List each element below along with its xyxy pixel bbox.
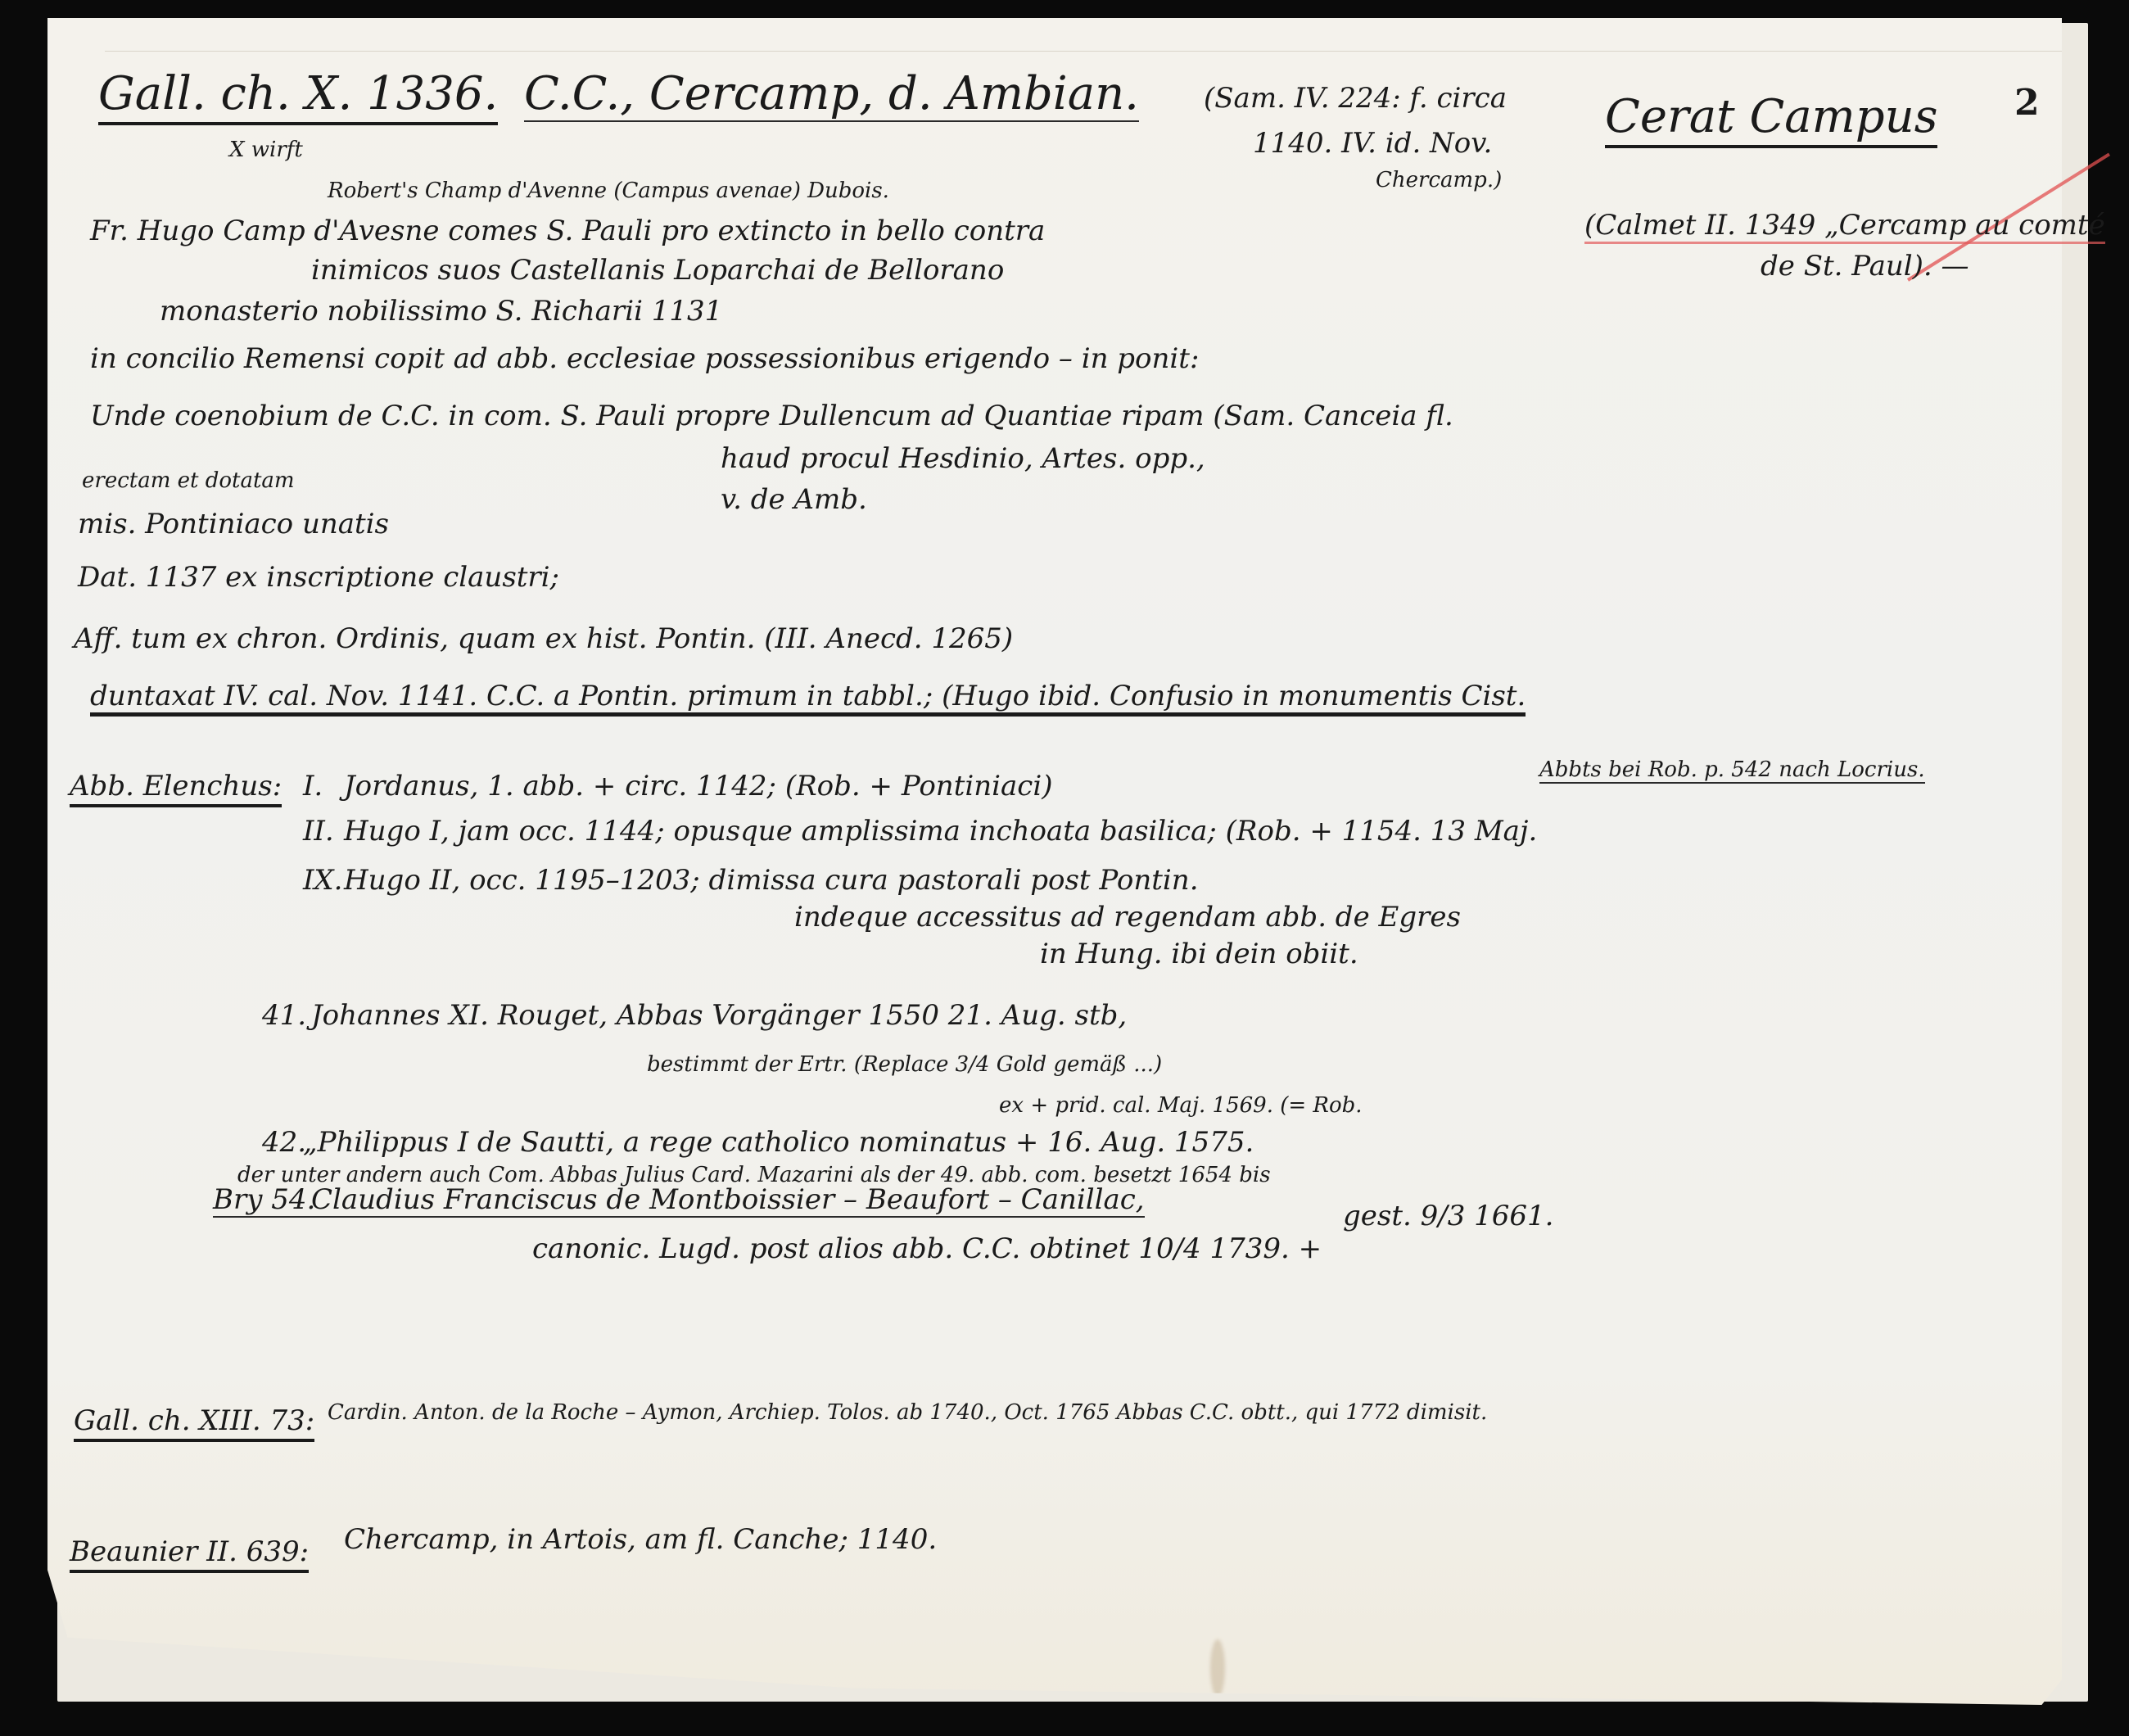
source-note-1: (Sam. IV. 224: f. circa xyxy=(1204,82,1507,115)
abbot-num-41: 41. xyxy=(262,999,306,1032)
calmet-note-2: de St. Paul). — xyxy=(1761,250,1969,283)
abbot-entry-mazarin-death: gest. 9/3 1661. xyxy=(1343,1200,1553,1232)
abbot-entry-1: Jordanus, 1. abb. + circ. 1142; (Rob. + … xyxy=(344,770,1052,802)
body-line-3: monasterio nobilissimo S. Richarii 1131 xyxy=(160,295,722,328)
body-line-5: Unde coenobium de C.C. in com. S. Pauli … xyxy=(90,400,1453,432)
abbot-entry-41b: bestimmt der Ertr. (Replace 3/4 Gold gem… xyxy=(647,1052,1162,1077)
abbot-entry-41: Johannes XI. Rouget, Abbas Vorgänger 155… xyxy=(311,999,1127,1032)
abbot-num-42: 42. xyxy=(262,1126,306,1159)
abbots-label: Abb. Elenchus: xyxy=(70,770,282,807)
page-number: 2 xyxy=(2014,82,2040,124)
heading-right: Cerat Campus xyxy=(1605,90,1937,148)
abbot-entry-3: Hugo II, occ. 1195–1203; dimissa cura pa… xyxy=(344,864,1199,897)
abbot-num-54: Bry 54. xyxy=(213,1183,315,1218)
interlinear-mark: X wirft xyxy=(229,138,303,162)
abbot-entry-54b: canonic. Lugd. post alios abb. C.C. obti… xyxy=(532,1232,1322,1265)
header-title: C.C., Cercamp, d. Ambian. xyxy=(524,67,1139,122)
abbot-entry-3c: in Hung. ibi dein obiit. xyxy=(1040,938,1358,970)
header-reference: Gall. ch. X. 1336. xyxy=(98,67,498,125)
body-line-1: Fr. Hugo Camp d'Avesne comes S. Pauli pr… xyxy=(90,215,1045,247)
body-line-2: inimicos suos Castellanis Loparchai de B… xyxy=(311,254,1004,287)
abbot-entry-2: Hugo I, jam occ. 1144; opusque amplissim… xyxy=(344,815,1537,848)
abbot-num-3: IX. xyxy=(303,864,342,897)
body-line-8: erectam et dotatam xyxy=(82,468,295,493)
source-note-3: Chercamp.) xyxy=(1376,168,1502,192)
body-line-11: Aff. tum ex chron. Ordinis, quam ex hist… xyxy=(74,622,1013,655)
footer-text-1: Cardin. Anton. de la Roche – Aymon, Arch… xyxy=(328,1400,1487,1425)
body-line-4: in concilio Remensi copit ad abb. eccles… xyxy=(90,342,1199,375)
footer-ref-1: Gall. ch. XIII. 73: xyxy=(74,1404,314,1442)
body-line-9: mis. Pontiniaco unatis xyxy=(78,508,389,540)
abbots-margin-note: Abbts bei Rob. p. 542 nach Locrius. xyxy=(1539,757,1925,784)
source-note-2: 1140. IV. id. Nov. xyxy=(1253,127,1492,160)
paper-stain xyxy=(1210,1639,1225,1697)
interlinear-correction: Robert's Champ d'Avenne (Campus avenae) … xyxy=(328,179,889,203)
abbot-entry-41c: ex + prid. cal. Maj. 1569. (= Rob. xyxy=(999,1093,1363,1118)
footer-ref-2: Beaunier II. 639: xyxy=(70,1535,309,1573)
abbot-num-2: II. xyxy=(303,815,334,848)
abbot-entry-42: „Philippus I de Sautti, a rege catholico… xyxy=(303,1126,1254,1159)
abbot-num-1: I. xyxy=(303,770,323,802)
body-line-12: duntaxat IV. cal. Nov. 1141. C.C. a Pont… xyxy=(90,680,1526,717)
body-line-7: v. de Amb. xyxy=(721,483,867,516)
abbot-entry-54: Claudius Franciscus de Montboissier – Be… xyxy=(311,1183,1145,1218)
abbot-entry-3b: indeque accessitus ad regendam abb. de E… xyxy=(794,901,1461,934)
footer-text-2: Chercamp, in Artois, am fl. Canche; 1140… xyxy=(344,1523,937,1556)
body-line-10: Dat. 1137 ex inscriptione claustri; xyxy=(78,561,559,594)
calmet-note-1: (Calmet II. 1349 „Cercamp au comté xyxy=(1584,209,2105,244)
body-line-6: haud procul Hesdinio, Artes. opp., xyxy=(721,442,1205,475)
